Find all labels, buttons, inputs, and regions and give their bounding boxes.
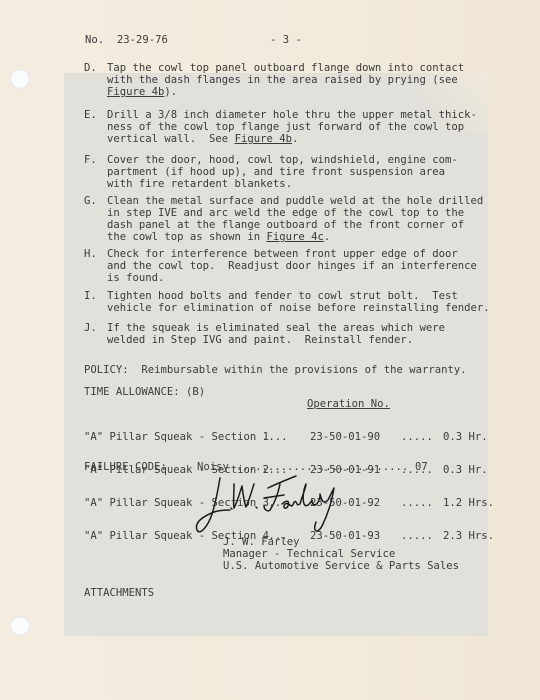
figure-4c-link[interactable]: Figure 4c — [266, 231, 323, 243]
step-letter: H. — [84, 248, 97, 260]
step-line: in step IVE and arc weld the edge of the… — [107, 207, 464, 219]
operation-time: 2.3 Hrs. — [443, 531, 494, 542]
operation-number: 23-50-01-90 — [310, 432, 380, 443]
step-line: partment (if hood up), and tire front su… — [107, 166, 445, 178]
step-body: Tap the cowl top panel outboard flange d… — [107, 62, 464, 98]
step-line: with fire retardent blankets. — [107, 178, 292, 190]
operation-time: 1.2 Hrs. — [443, 498, 494, 509]
step-line: Drill a 3/8 inch diameter hole thru the … — [107, 109, 477, 121]
time-allowance-label: TIME ALLOWANCE: (B) — [84, 386, 205, 398]
step-body: Tighten hood bolts and fender to cowl st… — [107, 290, 490, 314]
failure-code-label: FAILURE CODE: — [84, 461, 167, 473]
step-line: welded in Step IVG and paint. Reinstall … — [107, 334, 413, 346]
step-line: vertical wall. See — [107, 133, 235, 145]
page-number: - 3 - — [270, 34, 302, 46]
step-line: ness of the cowl top flange just forward… — [107, 121, 464, 133]
step-letter: I. — [84, 290, 97, 302]
step-line: with the dash flanges in the area raised… — [107, 74, 458, 86]
punch-hole-icon — [10, 616, 30, 636]
table-row: "A" Pillar Squeak - Section 1 .... 23-50… — [84, 432, 110, 443]
handwritten-signature — [190, 470, 350, 540]
leader-dots: ..... — [401, 498, 433, 509]
time-allowance-table: "A" Pillar Squeak - Section 1 .... 23-50… — [84, 410, 110, 553]
step-line: . — [292, 133, 298, 145]
step-body: Clean the metal surface and puddle weld … — [107, 195, 483, 243]
operation-description: "A" Pillar Squeak - Section 1 — [84, 432, 269, 443]
step-line: ). — [164, 86, 177, 98]
step-line: If the squeak is eliminated seal the are… — [107, 322, 445, 334]
leader-dots: ..... — [401, 432, 433, 443]
step-body: Check for interference between front upp… — [107, 248, 477, 284]
attachments-heading: ATTACHMENTS — [84, 587, 154, 599]
signatory-name: J. W. Farley — [223, 536, 300, 548]
step-body: Drill a 3/8 inch diameter hole thru the … — [107, 109, 477, 145]
operation-time: 0.3 Hr. — [443, 465, 488, 476]
step-line: Tighten hood bolts and fender to cowl st… — [107, 290, 458, 302]
signatory-title: Manager - Technical Service — [223, 548, 395, 560]
step-line: . — [324, 231, 330, 243]
step-body: If the squeak is eliminated seal the are… — [107, 322, 445, 346]
table-row: "A" Pillar Squeak - Section 4 .... 23-50… — [84, 531, 110, 542]
operation-number-header: Operation No. — [307, 398, 390, 410]
operation-time: 0.3 Hr. — [443, 432, 488, 443]
punch-hole-icon — [10, 69, 30, 89]
step-line: Check for interference between front upp… — [107, 248, 458, 260]
step-letter: F. — [84, 154, 97, 166]
step-letter: D. — [84, 62, 97, 74]
step-line: is found. — [107, 272, 164, 284]
figure-4b-link[interactable]: Figure 4b — [235, 133, 292, 145]
step-letter: E. — [84, 109, 97, 121]
policy-statement: POLICY: Reimbursable within the provisio… — [84, 364, 467, 376]
step-line: Tap the cowl top panel outboard flange d… — [107, 62, 464, 74]
step-line: Cover the door, hood, cowl top, windshie… — [107, 154, 458, 166]
signatory-department: U.S. Automotive Service & Parts Sales — [223, 560, 459, 572]
step-body: Cover the door, hood, cowl top, windshie… — [107, 154, 458, 190]
step-line: Clean the metal surface and puddle weld … — [107, 195, 483, 207]
leader-dots: ..... — [401, 531, 433, 542]
step-line: vehicle for elimination of noise before … — [107, 302, 490, 314]
failure-code-number: 07 — [415, 461, 428, 473]
figure-4b-link[interactable]: Figure 4b — [107, 86, 164, 98]
step-line: and the cowl top. Readjust door hinges i… — [107, 260, 477, 272]
step-letter: J. — [84, 322, 97, 334]
document-number: No. 23-29-76 — [85, 34, 168, 46]
step-letter: G. — [84, 195, 97, 207]
table-row: "A" Pillar Squeak - Section 3 .... 23-50… — [84, 498, 110, 509]
step-line: dash panel at the flange outboard of the… — [107, 219, 464, 231]
step-line: the cowl top as shown in — [107, 231, 266, 243]
leader-dots: .... — [262, 432, 288, 443]
